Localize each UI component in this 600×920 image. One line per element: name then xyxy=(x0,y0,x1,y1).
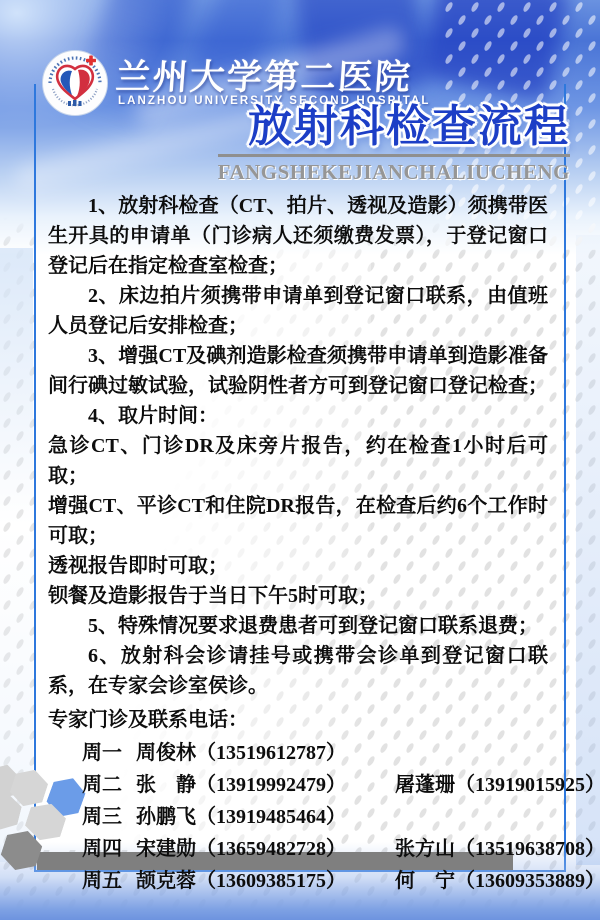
schedule-entry: 孙鹏飞（13919485464） xyxy=(136,801,371,833)
schedule-entry: 宋建勋（13659482728） xyxy=(136,833,371,865)
procedure-list: 1、放射科检查（CT、拍片、透视及造影）须携带医生开具的申请单（门诊病人还须缴费… xyxy=(48,191,548,701)
poster-title: 放射科检查流程 xyxy=(248,104,570,151)
schedule-entry: 张方山（13519638708） xyxy=(395,833,600,865)
procedure-item-9: 5、特殊情况要求退费患者可到登记窗口联系退费； xyxy=(48,611,548,641)
procedure-item-1: 1、放射科检查（CT、拍片、透视及造影）须携带医生开具的申请单（门诊病人还须缴费… xyxy=(48,191,548,281)
hospital-emblem-icon xyxy=(41,49,109,117)
schedule-entry: 颉克蓉（13609385175） xyxy=(136,865,371,897)
procedure-item-2: 2、床边拍片须携带申请单到登记窗口联系，由值班人员登记后安排检查； xyxy=(48,281,548,341)
poster-content: 1、放射科检查（CT、拍片、透视及造影）须携带医生开具的申请单（门诊病人还须缴费… xyxy=(48,191,548,897)
schedule-day: 周五 xyxy=(82,865,123,897)
contact-heading: 专家门诊及联系电话： xyxy=(48,704,548,737)
procedure-item-8: 钡餐及造影报告于当日下午5时可取； xyxy=(48,581,548,611)
frame-line-right xyxy=(564,84,566,872)
procedure-item-7: 透视报告即时可取； xyxy=(48,551,548,581)
schedule-day: 周四 xyxy=(82,833,123,865)
schedule-row-5: 周五颉克蓉（13609385175）何 宁（13609353889） xyxy=(48,865,548,897)
schedule-day: 周二 xyxy=(82,769,123,801)
schedule-entry: 周俊林（13519612787） xyxy=(136,737,371,769)
schedule-day: 周三 xyxy=(82,801,123,833)
poster-page: 兰州大学第二医院 LANZHOU UNIVERSITY SECOND HOSPI… xyxy=(0,0,600,920)
procedure-item-10: 6、放射科会诊请挂号或携带会诊单到登记窗口联系，在专家会诊室侯诊。 xyxy=(48,641,548,701)
header-photo-blur-shape xyxy=(419,0,570,102)
frame-line-left xyxy=(34,84,36,872)
poster-title-block: 放射科检查流程 FANGSHEKEJIANCHALIUCHENG xyxy=(218,104,570,185)
schedule-row-2: 周二张 静（13919992479）屠蓬珊（13919015925） xyxy=(48,769,548,801)
expert-schedule: 周一周俊林（13519612787）周二张 静（13919992479）屠蓬珊（… xyxy=(48,737,548,897)
schedule-row-4: 周四宋建勋（13659482728）张方山（13519638708） xyxy=(48,833,548,865)
schedule-row-1: 周一周俊林（13519612787） xyxy=(48,737,548,769)
schedule-entry: 何 宁（13609353889） xyxy=(395,865,600,897)
schedule-day: 周一 xyxy=(82,737,123,769)
procedure-item-3: 3、增强CT及碘剂造影检查须携带申请单到造影准备间行碘过敏试验，试验阴性者方可到… xyxy=(48,341,548,401)
hospital-name-chinese: 兰州大学第二医院 xyxy=(114,50,414,100)
procedure-item-5: 急诊CT、门诊DR及床旁片报告，约在检查1小时后可取； xyxy=(48,431,548,491)
poster-title-pinyin: FANGSHEKEJIANCHALIUCHENG xyxy=(218,154,570,185)
schedule-row-3: 周三孙鹏飞（13919485464） xyxy=(48,801,548,833)
schedule-entry: 张 静（13919992479） xyxy=(136,769,371,801)
schedule-entry: 屠蓬珊（13919015925） xyxy=(395,769,600,801)
procedure-item-6: 增强CT、平诊CT和住院DR报告，在检查后约6个工作时可取； xyxy=(48,491,548,551)
procedure-item-4: 4、取片时间： xyxy=(48,401,548,431)
